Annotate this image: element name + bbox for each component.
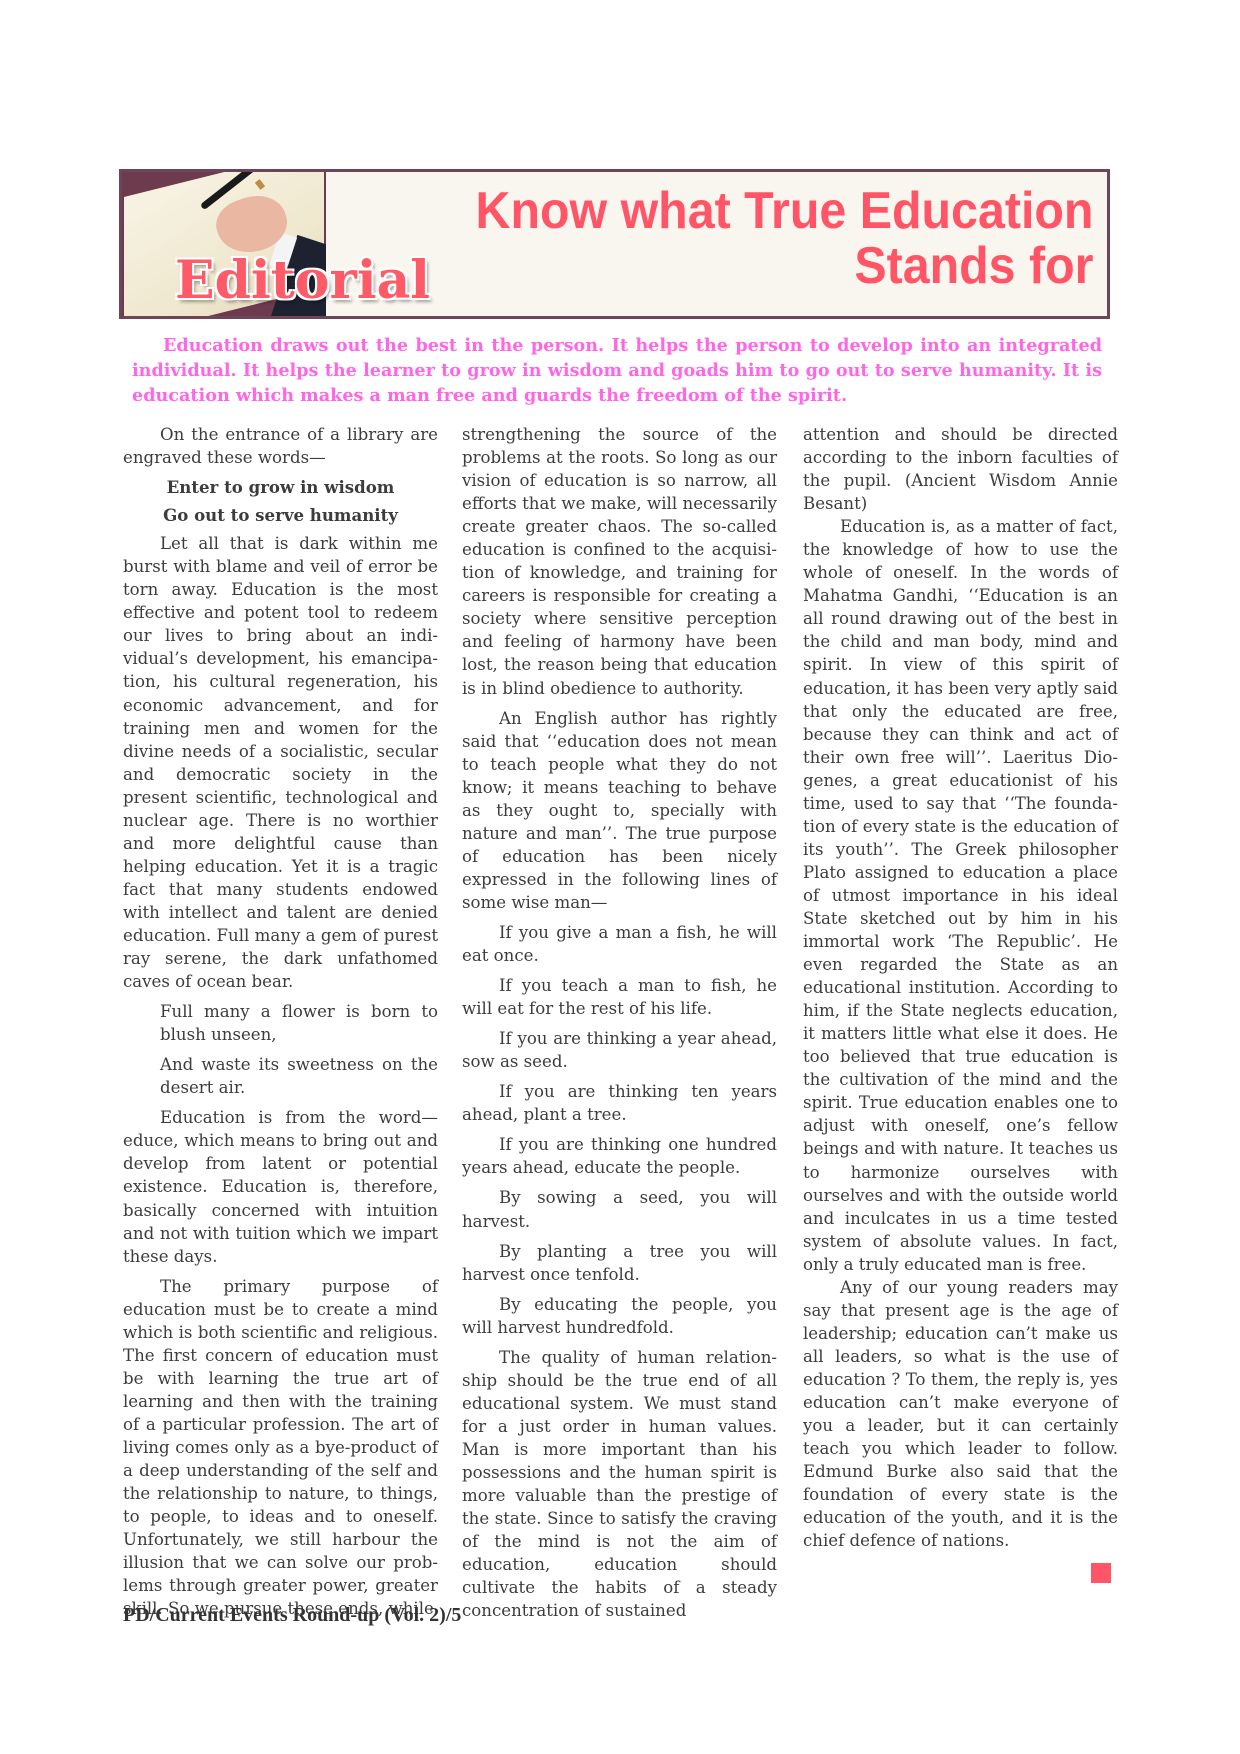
paragraph: Let all that is dark within me burst wit… bbox=[123, 532, 438, 993]
saying: If you are thinking one hundred years ah… bbox=[462, 1133, 777, 1179]
paragraph: An English author has rightly said that … bbox=[462, 707, 777, 914]
paragraph: strengthening the source of the problems… bbox=[462, 423, 777, 700]
section-label: Editorial bbox=[175, 250, 430, 311]
paragraph: The quality of human relation­ship shoul… bbox=[462, 1346, 777, 1623]
end-of-article-square-icon bbox=[1091, 1563, 1111, 1583]
paragraph: Any of our young readers may say that pr… bbox=[803, 1276, 1118, 1553]
column-left: On the entrance of a library are engrave… bbox=[123, 423, 438, 1620]
saying: If you give a man a fish, he will eat on… bbox=[462, 921, 777, 967]
saying: If you teach a man to fish, he will eat … bbox=[462, 974, 777, 1020]
motto-line: Enter to grow in wisdom bbox=[123, 476, 438, 499]
paragraph: The primary purpose of education must be… bbox=[123, 1275, 438, 1621]
saying: By sowing a seed, you will harvest. bbox=[462, 1186, 777, 1232]
motto-line: Go out to serve humanity bbox=[123, 504, 438, 527]
paragraph: On the entrance of a library are engrave… bbox=[123, 423, 438, 469]
title-line-2: Stands for bbox=[475, 239, 1093, 294]
saying: By planting a tree you will harvest once… bbox=[462, 1240, 777, 1286]
paragraph: attention and should be directed accordi… bbox=[803, 423, 1118, 515]
saying: If you are thinking a year ahead, sow as… bbox=[462, 1027, 777, 1073]
saying: If you are thinking ten years ahead, pla… bbox=[462, 1080, 777, 1126]
page-footer: PD/Current Events Round-up (Vol. 2)/5 bbox=[123, 1604, 461, 1627]
paragraph: Education is, as a matter of fact, the k… bbox=[803, 515, 1118, 1276]
title-line-1: Know what True Education bbox=[475, 184, 1093, 239]
article-title: Know what True Education Stands for bbox=[475, 184, 1093, 294]
paragraph: Education is from the word—educe, which … bbox=[123, 1106, 438, 1267]
verse-line: And waste its sweetness on the desert ai… bbox=[123, 1053, 438, 1099]
editorial-banner: Editorial Know what True Education Stand… bbox=[119, 169, 1110, 319]
column-right: attention and should be directed accordi… bbox=[803, 423, 1118, 1552]
saying: By educating the people, you will harves… bbox=[462, 1293, 777, 1339]
verse-line: Full many a flower is born to blush unse… bbox=[123, 1000, 438, 1046]
lead-paragraph: Education draws out the best in the pers… bbox=[132, 333, 1102, 408]
column-middle: strengthening the source of the problems… bbox=[462, 423, 777, 1622]
